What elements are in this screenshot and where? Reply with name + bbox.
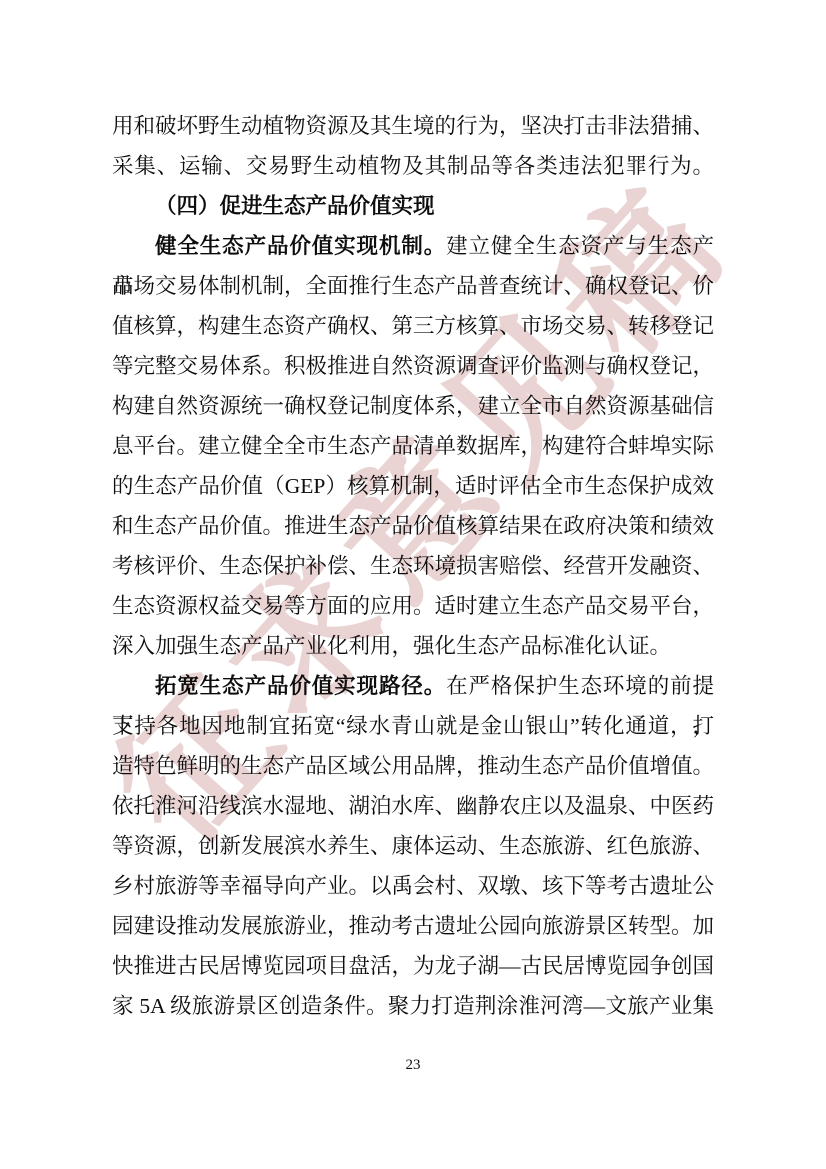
- body-text: 市场交易体制机制，全面推行生态产品普查统计、确权登记、价: [112, 274, 714, 298]
- body-text: 园建设推动发展旅游业，推动考古遗址公园向旅游景区转型。加: [112, 914, 714, 938]
- body-text: 的生态产品价值（GEP）核算机制，适时评估全市生态保护成效: [112, 474, 714, 498]
- text-line: 值核算，构建生态资产确权、第三方核算、市场交易、转移登记: [112, 306, 714, 346]
- body-text: 家 5A 级旅游景区创造条件。聚力打造荆涂淮河湾—文旅产业集: [112, 994, 714, 1018]
- text-line: 依托淮河沿线滨水湿地、湖泊水库、幽静农庄以及温泉、中医药: [112, 786, 714, 826]
- text-line: 的生态产品价值（GEP）核算机制，适时评估全市生态保护成效: [112, 466, 714, 506]
- text-line: 市场交易体制机制，全面推行生态产品普查统计、确权登记、价: [112, 266, 714, 306]
- emphasis-text: 健全生态产品价值实现机制。: [155, 234, 446, 258]
- paragraph-lead-line: 健全生态产品价值实现机制。建立健全生态资产与生态产品: [112, 226, 714, 266]
- body-text: 支持各地因地制宜拓宽“绿水青山就是金山银山”转化通道，打: [112, 714, 714, 738]
- text-line: 造特色鲜明的生态产品区域公用品牌，推动生态产品价值增值。: [112, 746, 714, 786]
- text-line: 采集、运输、交易野生动植物及其制品等各类违法犯罪行为。: [112, 146, 714, 186]
- text-line: 考核评价、生态保护补偿、生态环境损害赔偿、经营开发融资、: [112, 546, 714, 586]
- text-line: 等完整交易体系。积极推进自然资源调查评价监测与确权登记，: [112, 346, 714, 386]
- body-text: 等资源，创新发展滨水养生、康体运动、生态旅游、红色旅游、: [112, 834, 714, 858]
- document-body: 用和破坏野生动植物资源及其生境的行为，坚决打击非法猎捕、采集、运输、交易野生动植…: [112, 106, 714, 1026]
- text-line: 和生态产品价值。推进生态产品价值核算结果在政府决策和绩效: [112, 506, 714, 546]
- document-page: 征求意见稿 用和破坏野生动植物资源及其生境的行为，坚决打击非法猎捕、采集、运输、…: [0, 0, 826, 1169]
- body-text: 乡村旅游等幸福导向产业。以禹会村、双墩、垓下等考古遗址公: [112, 874, 714, 898]
- body-text: 造特色鲜明的生态产品区域公用品牌，推动生态产品价值增值。: [112, 754, 714, 778]
- text-line: 支持各地因地制宜拓宽“绿水青山就是金山银山”转化通道，打: [112, 706, 714, 746]
- text-line: 生态资源权益交易等方面的应用。适时建立生态产品交易平台，: [112, 586, 714, 626]
- body-text: 依托淮河沿线滨水湿地、湖泊水库、幽静农庄以及温泉、中医药: [112, 794, 714, 818]
- text-line: 快推进古民居博览园项目盘活，为龙子湖—古民居博览园争创国: [112, 946, 714, 986]
- body-text: 深入加强生态产品产业化利用，强化生态产品标准化认证。: [112, 634, 671, 658]
- body-text: 等完整交易体系。积极推进自然资源调查评价监测与确权登记，: [112, 354, 714, 378]
- body-text: 息平台。建立健全全市生态产品清单数据库，构建符合蚌埠实际: [112, 434, 714, 458]
- text-line: 园建设推动发展旅游业，推动考古遗址公园向旅游景区转型。加: [112, 906, 714, 946]
- text-line: 等资源，创新发展滨水养生、康体运动、生态旅游、红色旅游、: [112, 826, 714, 866]
- text-line: 构建自然资源统一确权登记制度体系，建立全市自然资源基础信: [112, 386, 714, 426]
- emphasis-text: 拓宽生态产品价值实现路径。: [155, 674, 446, 698]
- text-line: 家 5A 级旅游景区创造条件。聚力打造荆涂淮河湾—文旅产业集: [112, 986, 714, 1026]
- body-text: 构建自然资源统一确权登记制度体系，建立全市自然资源基础信: [112, 394, 714, 418]
- body-text: 考核评价、生态保护补偿、生态环境损害赔偿、经营开发融资、: [112, 554, 714, 578]
- text-line: 乡村旅游等幸福导向产业。以禹会村、双墩、垓下等考古遗址公: [112, 866, 714, 906]
- text-line: 深入加强生态产品产业化利用，强化生态产品标准化认证。: [112, 626, 714, 666]
- page-number: 23: [0, 1057, 826, 1074]
- body-text: 值核算，构建生态资产确权、第三方核算、市场交易、转移登记: [112, 314, 714, 338]
- section-heading: （四）促进生态产品价值实现: [112, 186, 714, 226]
- body-text: 快推进古民居博览园项目盘活，为龙子湖—古民居博览园争创国: [112, 954, 714, 978]
- body-text: 生态资源权益交易等方面的应用。适时建立生态产品交易平台，: [112, 594, 714, 618]
- body-text: 用和破坏野生动植物资源及其生境的行为，坚决打击非法猎捕、: [112, 114, 714, 138]
- emphasis-text: （四）促进生态产品价值实现: [155, 194, 435, 218]
- text-line: 用和破坏野生动植物资源及其生境的行为，坚决打击非法猎捕、: [112, 106, 714, 146]
- body-text: 和生态产品价值。推进生态产品价值核算结果在政府决策和绩效: [112, 514, 714, 538]
- paragraph-lead-line: 拓宽生态产品价值实现路径。在严格保护生态环境的前提下，: [112, 666, 714, 706]
- body-text: 采集、运输、交易野生动植物及其制品等各类违法犯罪行为。: [112, 154, 714, 178]
- text-line: 息平台。建立健全全市生态产品清单数据库，构建符合蚌埠实际: [112, 426, 714, 466]
